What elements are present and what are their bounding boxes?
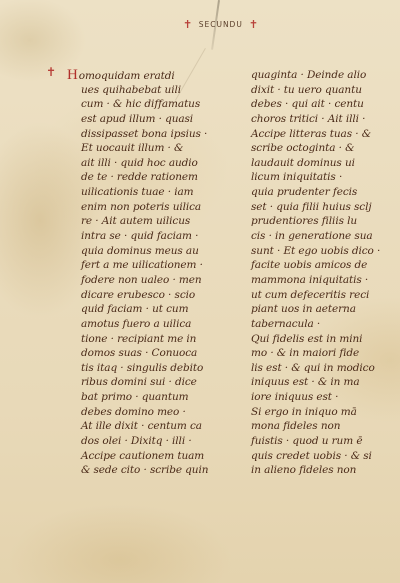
text-line: tabernacula · [251,317,380,332]
running-head-title: SECUNDU [199,20,243,29]
text-line: de te · redde rationem [81,170,208,185]
text-line: debes domino meo · [81,405,208,420]
text-line: quid faciam · ut cum [81,302,208,317]
text-line: ribus domini sui · dice [81,375,208,390]
text-line: scribe octoginta · & [251,141,380,156]
text-line: laudauit dominus ui [251,156,380,171]
rubric-cross-icon: ✝ [249,19,259,30]
running-head: ✝ SECUNDU ✝ [183,19,259,30]
text-line: quia prudenter fecis [251,185,380,200]
text-line: iniquus est · & in ma [251,375,380,390]
text-line: dos olei · Dixitq · illi · [81,434,208,449]
text-line: ut cum defeceritis reci [251,288,380,303]
text-line: Accipe litteras tuas · & [251,127,380,142]
text-line: licum iniquitatis · [251,170,380,185]
text-line: lis est · & qui in modico [251,361,380,376]
rubric-cross-icon: ✝ [183,19,193,30]
text-line: set · quia filii huius sclj [251,200,380,215]
text-line: quia dominus meus au [81,244,208,259]
text-line: quis credet uobis · & si [251,449,380,464]
text-column-right: quaginta · Deinde alio dixit · tu uero q… [251,68,380,478]
text-line: enim non poteris uilica [81,200,208,215]
text-line: bat primo · quantum [81,390,208,405]
text-line: choros tritici · Ait illi · [251,112,380,127]
text-line: re · Ait autem uilicus [81,214,208,229]
text-line: est apud illum · quasi [81,112,208,127]
text-column-left: Homoquidam eratdi ues quihabebat uili cu… [81,68,208,478]
text-line: ues quihabebat uili [81,83,208,98]
text-line: mona fideles non [251,419,380,434]
text-line: & sede cito · scribe quin [81,463,208,478]
text-line: intra se · quid faciam · [81,229,208,244]
text-line: Si ergo in iniquo mā [251,405,380,420]
text-line: uilicationis tuae · iam [81,185,208,200]
text-line: facite uobis amicos de [251,258,380,273]
text-line: tione · recipiant me in [81,332,208,347]
text-line: dixit · tu uero quantu [251,83,380,98]
text-line-content: omoquidam eratdi [79,70,175,82]
text-line: domos suas · Conuoca [81,346,208,361]
text-line: Et uocauit illum · & [81,141,208,156]
rubricated-initial: H [67,67,78,83]
text-line: At ille dixit · centum ca [81,419,208,434]
text-line: in alieno fideles non [251,463,380,478]
text-line: dissipasset bona ipsius · [81,127,208,142]
text-line: fodere non ualeo · men [81,273,208,288]
text-line: iore iniquus est · [251,390,380,405]
text-line: Qui fidelis est in mini [251,332,380,347]
text-line: piant uos in aeterna [251,302,380,317]
text-line: fert a me uilicationem · [81,258,208,273]
text-line: prudentiores filiis lu [251,214,380,229]
text-line: mo · & in maiori fide [251,346,380,361]
text-line: debes · qui ait · centu [251,97,380,112]
text-line: amotus fuero a uilica [81,317,208,332]
text-line: mammona iniquitatis · [251,273,380,288]
text-line: sunt · Et ego uobis dico · [251,244,380,259]
margin-cross-icon: ✝ [46,66,56,78]
text-line: tis itaq · singulis debito [81,361,208,376]
text-line: quaginta · Deinde alio [251,68,380,83]
text-line: ait illi · quid hoc audio [81,156,208,171]
text-line: Accipe cautionem tuam [81,449,208,464]
text-line: fuistis · quod u rum ē [251,434,380,449]
text-line: cum · & hic diffamatus [81,97,208,112]
text-line: Homoquidam eratdi [81,68,208,83]
text-line: cis · in generatione sua [251,229,380,244]
text-line: dicare erubesco · scio [81,288,208,303]
